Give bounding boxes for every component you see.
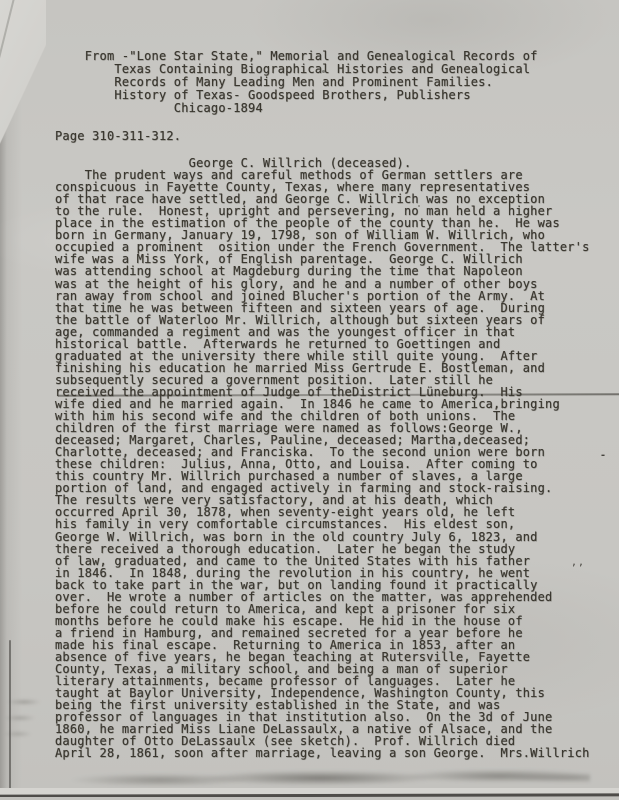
text-line: of law, graduated, and came to the Unite… (55, 555, 615, 567)
text-line: ran away from school and joined Blucher'… (55, 290, 615, 302)
text-line: the battle of Waterloo Mr. Willrich, alt… (55, 314, 615, 326)
text-line: in 1846. In 1848, during the revolution … (55, 567, 615, 579)
text-line: was attending school at Magdeburg during… (55, 265, 615, 277)
text-line: his family in very comfortable circumsta… (55, 518, 615, 530)
text-line: age, commanded a regiment and was the yo… (55, 326, 615, 338)
source-citation-header: From -"Lone Star State," Memorial and Ge… (55, 50, 615, 115)
text-line: Chicago-1894 (55, 102, 615, 115)
text-line: over. He wrote a number of articles on t… (55, 591, 615, 603)
text-line: historical battle. Afterwards he returne… (55, 338, 615, 350)
bottom-smudge (30, 766, 590, 790)
text-line: George W. Willrich, was born in the old … (55, 531, 615, 543)
text-line: there received a thorough education. Lat… (55, 543, 615, 555)
bleed-through-smudge (0, 692, 52, 742)
text-line: back to take part in the war, but on lan… (55, 579, 615, 591)
page-reference: Page 310-311-312. (55, 130, 615, 142)
left-crease-line (9, 640, 11, 792)
scanned-document-page: ‚‚ - From -"Lone Star State," Memorial a… (0, 0, 619, 800)
biography-body-text: The prudent ways and careful methods of … (55, 169, 615, 759)
text-line: that time he was between fifteen and six… (55, 302, 615, 314)
typewritten-text: From -"Lone Star State," Memorial and Ge… (55, 50, 615, 759)
text-line: was at the height of his glory, and he a… (55, 278, 615, 290)
text-line: April 28, 1861, soon after marriage, lea… (55, 747, 615, 759)
